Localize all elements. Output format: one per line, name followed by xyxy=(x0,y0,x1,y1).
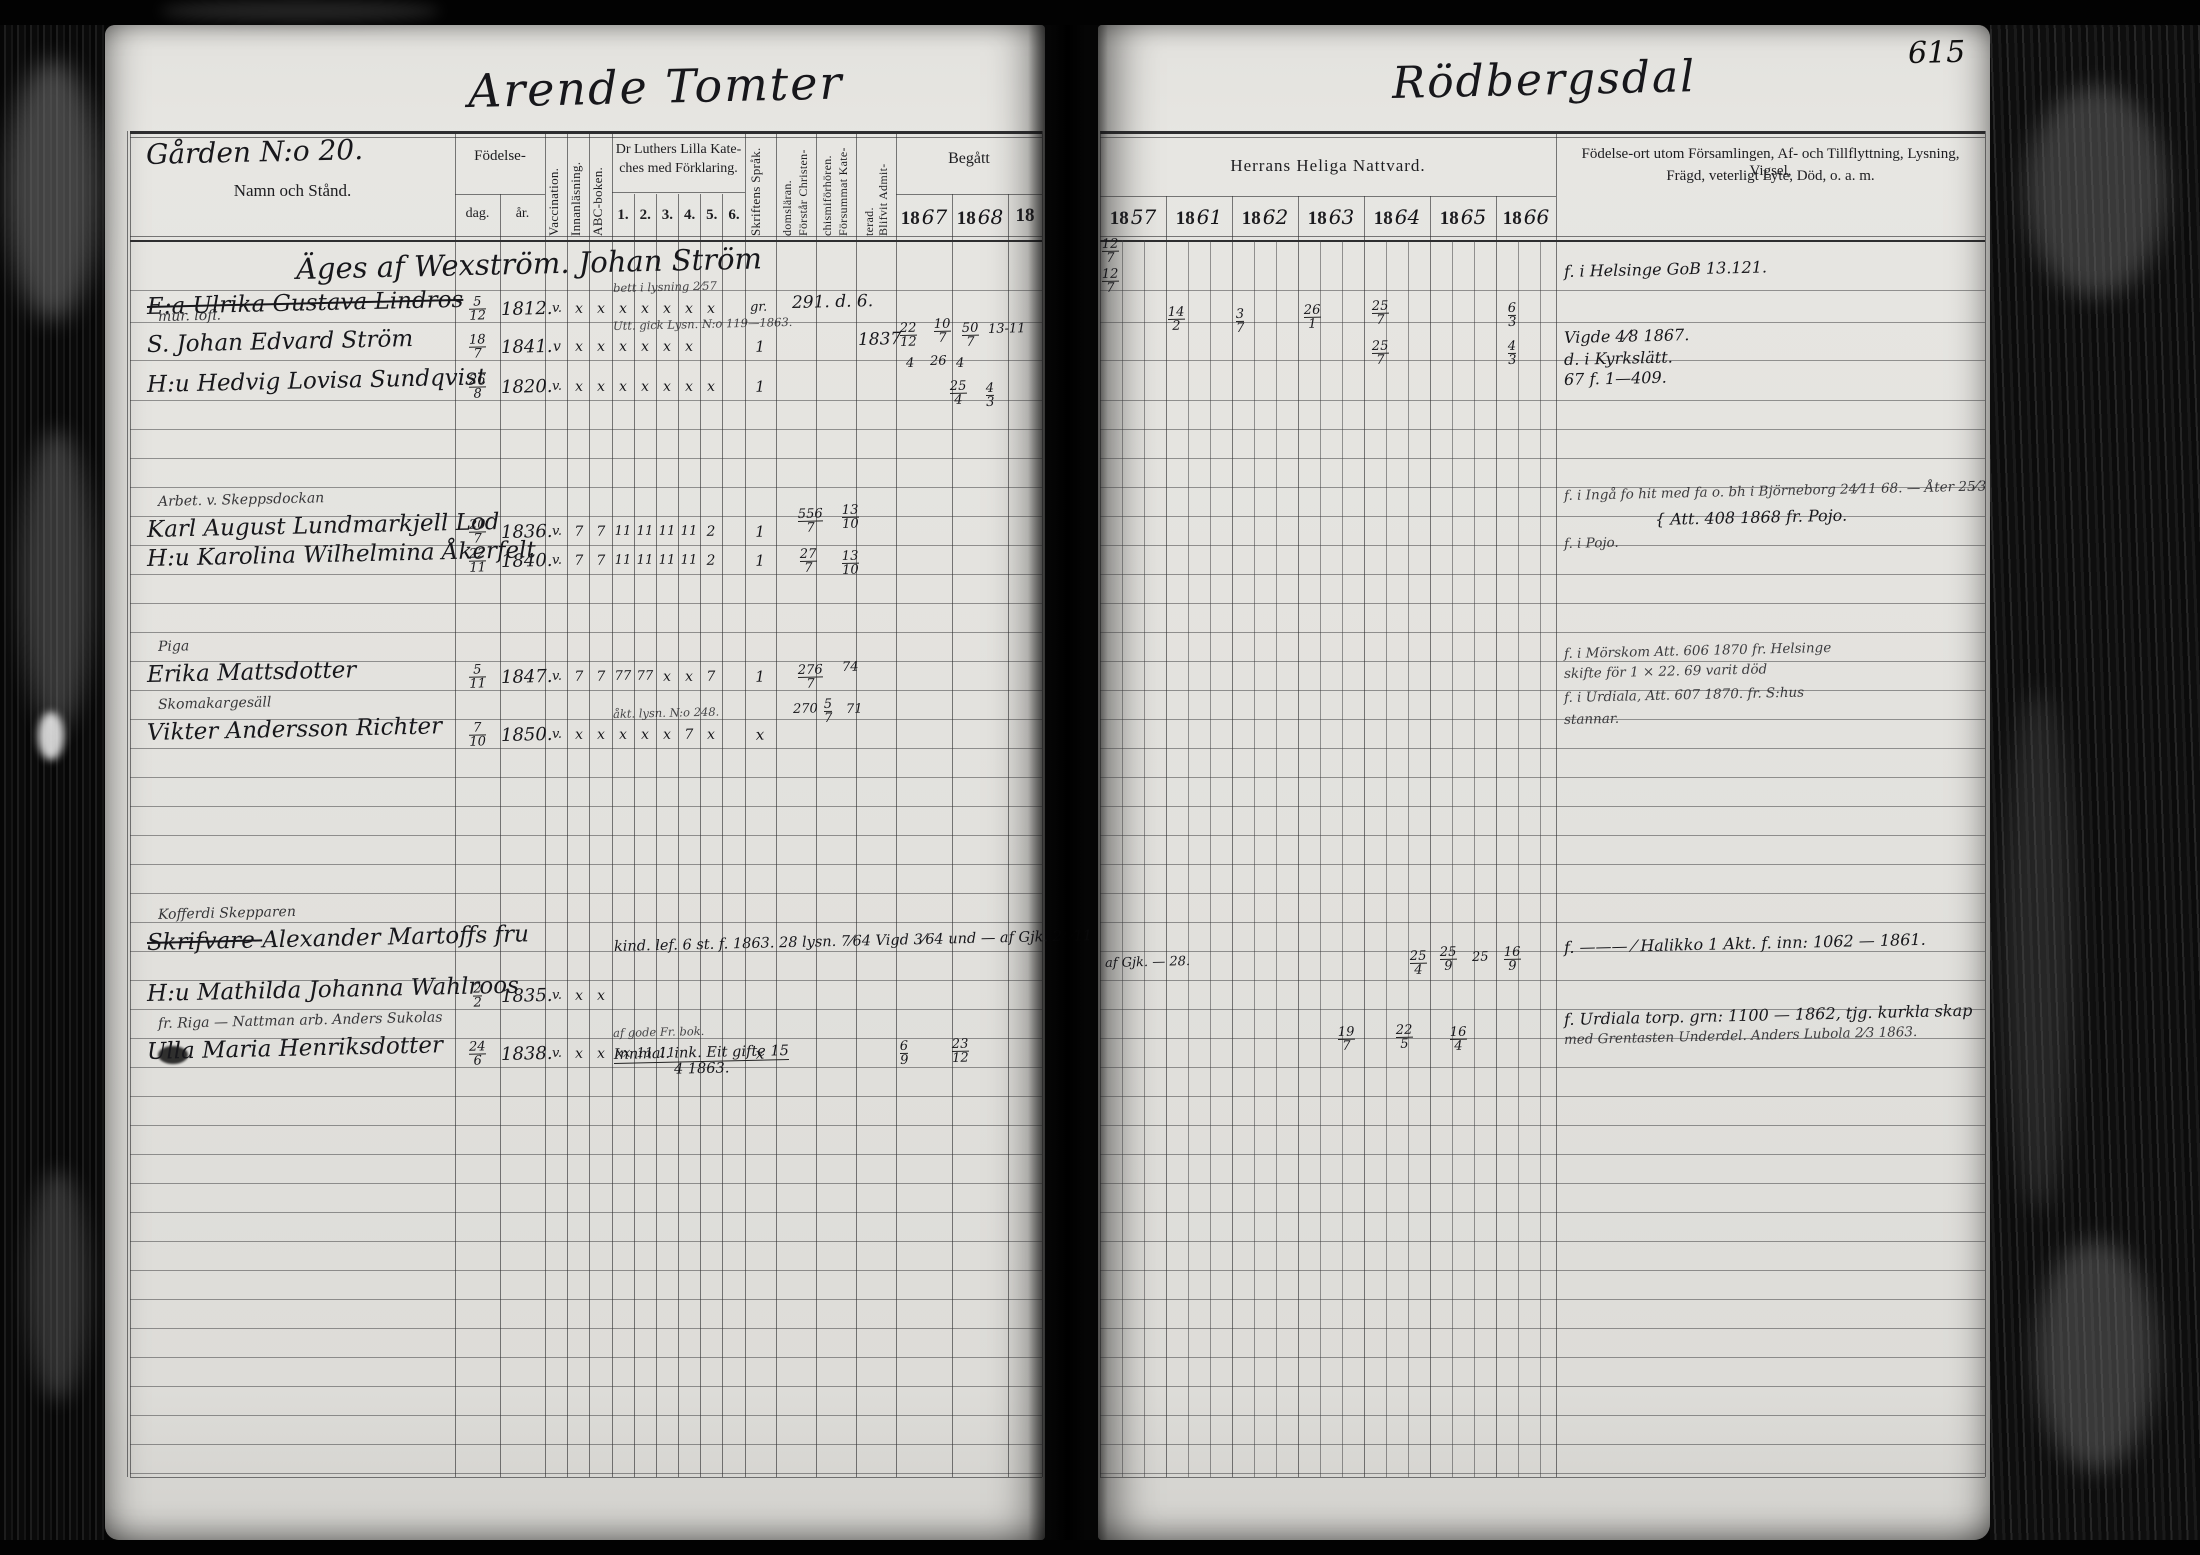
marginal-note: stannar. xyxy=(1564,711,1619,728)
communion-mark: af Gjk. — 28. xyxy=(1105,954,1190,971)
ruled-line xyxy=(130,864,1042,865)
entry-mark: x xyxy=(700,727,722,743)
begatt-year-cell: 18 xyxy=(1008,205,1042,227)
ruled-line xyxy=(1100,131,1985,134)
birth-year-header: år. xyxy=(500,206,545,222)
entry-mark: x xyxy=(590,379,612,395)
birth-column-header: Födelse- xyxy=(455,148,545,165)
innanlasning-column-header: Innanläsning. xyxy=(568,139,588,236)
entry-premark: af gode Fr. bok. xyxy=(613,1024,705,1040)
entry-mark: x xyxy=(700,301,722,317)
column-line xyxy=(1430,196,1431,1477)
left-page-mark: 74 xyxy=(842,660,859,675)
communion-mark: 261 xyxy=(1304,304,1321,331)
entry-mark: x xyxy=(612,339,634,355)
column-line xyxy=(1518,240,1519,1477)
year-printed: 18 xyxy=(1440,208,1459,229)
entry-language-mark: 1 xyxy=(746,522,774,541)
column-line xyxy=(1364,196,1365,1477)
left-page-mark: 5567 xyxy=(798,507,823,535)
column-line xyxy=(1188,240,1189,1477)
entry-mark: 11 xyxy=(612,553,634,568)
ruled-line xyxy=(1100,196,1556,197)
column-line xyxy=(1144,240,1145,1477)
left-page-mark: 277 xyxy=(800,548,817,575)
ruled-line xyxy=(130,603,1042,604)
ruled-line xyxy=(130,806,1042,807)
catechism-number: 2. xyxy=(634,207,656,224)
entry-mark: x xyxy=(612,379,634,395)
entry-mark: 11 xyxy=(678,553,700,568)
communion-mark: 127 xyxy=(1102,238,1119,265)
entry-mark: v xyxy=(546,339,568,355)
column-line xyxy=(1210,240,1211,1477)
catechism-header-line2: ches med Förklaring. xyxy=(612,161,745,177)
entry-mark: x xyxy=(634,727,656,743)
entry-mark: x xyxy=(568,1046,590,1062)
ruled-line xyxy=(130,1270,1042,1271)
communion-year-cell: 1864 xyxy=(1364,205,1430,230)
scan-border-top xyxy=(0,0,2200,25)
left-page-mark: 26 xyxy=(930,354,947,369)
entry-mark: v. xyxy=(546,1046,568,1061)
entry-mark: x xyxy=(656,301,678,317)
entry-mark: x xyxy=(678,669,700,685)
birth-day-header: dag. xyxy=(455,206,500,222)
marginal-note: Vigde 4⁄8 1867. xyxy=(1564,325,1690,347)
forsummat-katechismiforhoren-header-l1: Försummat Kate- xyxy=(836,136,852,236)
column-line xyxy=(1008,194,1009,1477)
ruled-line xyxy=(896,194,1042,195)
entry-mark: 11 xyxy=(656,524,678,539)
ruled-line xyxy=(130,1473,1042,1474)
ruled-line xyxy=(130,922,1042,923)
vaccination-column-header: Vaccination. xyxy=(546,139,566,236)
year-printed: 18 xyxy=(1374,208,1393,229)
ruled-line xyxy=(130,690,1042,691)
communion-mark: 37 xyxy=(1236,308,1245,335)
column-line xyxy=(130,131,131,1477)
left-page-mark: 69 xyxy=(900,1040,909,1067)
communion-year-cell: 1862 xyxy=(1232,205,1298,230)
entry-mark: x xyxy=(568,727,590,743)
entry-language-mark: 1 xyxy=(746,377,774,396)
year-printed: 18 xyxy=(1503,208,1522,229)
left-page-mark: 1310 xyxy=(842,550,859,577)
year-handwritten: 57 xyxy=(1131,205,1156,229)
column-line xyxy=(1232,196,1233,1477)
year-handwritten: 63 xyxy=(1329,205,1354,229)
year-printed: 18 xyxy=(1176,208,1195,229)
blifvit-admitterad-header-l1: Blifvit Admit- xyxy=(876,136,892,236)
ruled-line xyxy=(130,240,1042,242)
entry-mark: 77 xyxy=(634,669,656,684)
communion-header: Herrans Heliga Nattvard. xyxy=(1100,156,1556,176)
entry-mark: x xyxy=(590,727,612,743)
entry-mark: x xyxy=(568,379,590,395)
entry-language-mark: 1 xyxy=(746,667,774,686)
catechism-header-line1: Dr Luthers Lilla Kate- xyxy=(612,142,745,158)
entry-mark: 11 xyxy=(612,524,634,539)
communion-mark: 43 xyxy=(1508,340,1517,367)
communion-year-cell: 1863 xyxy=(1298,205,1364,230)
entry-mark: x xyxy=(590,301,612,317)
entry-annotation: mur. lofl. xyxy=(158,308,221,325)
entry-mark: v. xyxy=(546,379,568,394)
column-line xyxy=(745,131,746,1477)
communion-year-cell: 1866 xyxy=(1496,205,1556,230)
page-number: 615 xyxy=(1908,35,1966,71)
communion-year-cell: 1857 xyxy=(1100,205,1166,230)
year-printed: 18 xyxy=(1016,205,1035,226)
entry-premark: bett i lysning 2⁄57 xyxy=(613,279,717,295)
entry-mark: 7 xyxy=(590,669,612,685)
catechism-number: 5. xyxy=(701,207,723,224)
year-printed: 18 xyxy=(901,208,920,229)
left-page-mark: 291. d. 6. xyxy=(792,291,874,313)
catechism-number: 6. xyxy=(723,207,745,224)
communion-year-cell: 1861 xyxy=(1166,205,1232,230)
farm-label: Gården N:o 20. xyxy=(146,133,364,171)
column-line xyxy=(1042,131,1043,1477)
year-handwritten: 66 xyxy=(1524,205,1549,229)
ruled-line xyxy=(130,236,1042,237)
left-page-title: Arende Tomter xyxy=(467,55,844,118)
left-page-mark: 507 xyxy=(962,322,979,349)
ruled-line xyxy=(130,400,1042,401)
ruled-line xyxy=(130,1009,1042,1010)
entry-language-mark: 1 xyxy=(746,337,774,356)
entry-mark: x xyxy=(656,379,678,395)
entry-mark: 7 xyxy=(678,727,700,743)
ruled-line xyxy=(130,1444,1042,1445)
book-edge-right xyxy=(1990,0,2200,1555)
left-page-mark: 1310 xyxy=(842,504,859,531)
entry-mark: x xyxy=(590,988,612,1004)
entry-mark: v. xyxy=(546,988,568,1003)
communion-mark: 142 xyxy=(1168,306,1185,333)
entry-name: Erika Mattsdotter xyxy=(147,657,357,688)
column-line xyxy=(1452,240,1453,1477)
entry-mark: 11 xyxy=(656,553,678,568)
catechism-number: 3. xyxy=(656,207,678,224)
year-printed: 18 xyxy=(1110,208,1129,229)
forsummat-katechismiforhoren-header-l2: chismiförhören. xyxy=(820,136,836,236)
ruled-line xyxy=(130,1212,1042,1213)
left-page-mark: 2312 xyxy=(952,1038,969,1065)
entry-mark: x xyxy=(590,339,612,355)
ruled-line xyxy=(612,192,745,193)
entry-mark: 7 xyxy=(590,553,612,569)
year-handwritten: 65 xyxy=(1461,205,1486,229)
year-handwritten: 61 xyxy=(1197,205,1222,229)
notes-column-header-line2: Frägd, veterligt Lyte, Död, o. a. m. xyxy=(1560,168,1981,185)
entry-birth-day: 268 xyxy=(456,373,500,401)
communion-mark: 197 xyxy=(1338,1026,1355,1053)
entry-mark: x xyxy=(678,379,700,395)
entry-annotation: Kofferdi Skepparen xyxy=(158,904,296,923)
communion-mark: 254 xyxy=(1410,950,1427,977)
ruled-line xyxy=(130,835,1042,836)
column-line xyxy=(1342,240,1343,1477)
entry-mark: x xyxy=(568,988,590,1004)
entry-mark: v. xyxy=(546,553,568,568)
ruled-line xyxy=(1100,137,1985,138)
column-line xyxy=(1556,131,1557,1477)
entry-birth-day: 187 xyxy=(456,333,500,361)
left-page-mark: 4 xyxy=(906,356,915,371)
communion-year-cell: 1865 xyxy=(1430,205,1496,230)
entry-mark: x xyxy=(568,301,590,317)
ruled-line xyxy=(130,777,1042,778)
column-line xyxy=(1496,196,1497,1477)
entry-mark: 7 xyxy=(590,524,612,540)
left-page-mark: 2212 xyxy=(900,322,917,349)
marginal-note: d. i Kyrkslätt. xyxy=(1564,348,1673,369)
ruled-line xyxy=(130,1299,1042,1300)
forstar-christendomslaran-header-l2: domsläran. xyxy=(780,136,796,236)
entry-birth-day: 511 xyxy=(456,663,500,691)
entry-mark: 7 xyxy=(568,553,590,569)
entry-mark: v. xyxy=(546,727,568,742)
column-line xyxy=(1100,131,1101,1477)
entry-birth-day: 512 xyxy=(456,295,500,323)
year-printed: 18 xyxy=(1242,208,1261,229)
left-page-mark: 57 xyxy=(824,698,833,725)
entry-mark: 7 xyxy=(568,524,590,540)
ruled-line xyxy=(130,458,1042,459)
column-line xyxy=(1540,240,1541,1477)
entry-mark: 11 xyxy=(634,553,656,568)
left-page-mark: 1837 xyxy=(858,329,902,350)
entry-mark: x xyxy=(612,727,634,743)
skriftens-sprak-column-header: Skriftens Språk. xyxy=(748,137,772,236)
column-line xyxy=(1985,131,1986,1477)
book-edge-left xyxy=(0,0,105,1555)
entry-mark: x xyxy=(656,339,678,355)
catechism-number: 4. xyxy=(679,207,701,224)
entry-mark: x xyxy=(634,379,656,395)
year-handwritten: 68 xyxy=(978,205,1003,229)
column-line xyxy=(589,131,590,1477)
name-column-header: Namn och Stånd. xyxy=(130,181,455,201)
communion-mark: 225 xyxy=(1396,1024,1413,1051)
column-line xyxy=(545,131,546,1477)
ruled-line xyxy=(130,1328,1042,1329)
entry-mark: 7 xyxy=(700,669,722,685)
column-line xyxy=(1386,240,1387,1477)
marginal-note: f. i Pojo. xyxy=(1564,535,1619,552)
entry-mark: x xyxy=(634,339,656,355)
communion-mark: 257 xyxy=(1372,340,1389,367)
left-page-mark: 2767 xyxy=(798,663,823,691)
begatt-year-cell: 1868 xyxy=(952,205,1008,230)
entry-mark: x xyxy=(634,301,656,317)
ruled-line xyxy=(130,487,1042,488)
entry-birth-day: 246 xyxy=(456,1040,500,1068)
ruled-line xyxy=(130,632,1042,633)
entry-annotation: Piga xyxy=(158,638,190,655)
year-handwritten: 62 xyxy=(1263,205,1288,229)
catechism-number: 1. xyxy=(612,207,634,224)
ruled-line xyxy=(130,1415,1042,1416)
entry-mark: 7 xyxy=(568,669,590,685)
left-page-mark: 270 xyxy=(793,701,818,717)
entry-birth-day: 2211 xyxy=(456,547,500,575)
entry-mark: v. xyxy=(546,524,568,539)
entry-mark: 11 xyxy=(678,524,700,539)
column-line xyxy=(127,131,128,1477)
left-page-mark: gr. xyxy=(750,300,768,315)
column-line xyxy=(1166,196,1167,1477)
ruled-line xyxy=(130,1357,1042,1358)
begatt-year-cell: 1867 xyxy=(896,205,952,230)
column-line xyxy=(567,131,568,1477)
entry-mark: 2 xyxy=(700,553,722,569)
entry-mark: v. xyxy=(546,301,568,316)
ruled-line xyxy=(130,1154,1042,1155)
ruled-line xyxy=(1100,1477,1985,1478)
column-line xyxy=(816,131,817,1477)
column-line xyxy=(1298,196,1299,1477)
ruled-line xyxy=(130,893,1042,894)
right-page-title: Rödbergsdal xyxy=(1391,51,1696,109)
column-line xyxy=(722,194,723,1477)
entry-mark: x xyxy=(590,1046,612,1062)
entry-premark: åkt. lysn. N:o 248. xyxy=(613,705,720,721)
left-page-mark: 4 xyxy=(956,356,965,371)
ruled-line xyxy=(130,1241,1042,1242)
scan-border-bottom xyxy=(0,1540,2200,1555)
ruled-line xyxy=(130,574,1042,575)
communion-mark: 63 xyxy=(1508,302,1517,329)
year-printed: 18 xyxy=(957,208,976,229)
ruled-line xyxy=(130,1477,1042,1478)
marginal-note: 67 f. 1—409. xyxy=(1564,368,1667,389)
year-printed: 18 xyxy=(1308,208,1327,229)
column-line xyxy=(1276,240,1277,1477)
column-line xyxy=(776,131,777,1477)
communion-mark: 127 xyxy=(1102,268,1119,295)
entry-mark: x xyxy=(656,727,678,743)
entry-mark: x xyxy=(678,339,700,355)
entry-name-struck: Skrifvare xyxy=(147,927,263,956)
communion-mark: 169 xyxy=(1504,946,1521,973)
forstar-christendomslaran-header-l1: Förstår Christen- xyxy=(796,136,812,236)
column-line xyxy=(455,131,456,1477)
year-handwritten: 67 xyxy=(922,205,947,229)
entry-mark: x xyxy=(568,339,590,355)
begatt-header: Begått xyxy=(896,150,1042,168)
communion-mark: 25 xyxy=(1472,950,1489,965)
left-page-mark: 107 xyxy=(934,318,951,345)
entry-mark: x xyxy=(656,669,678,685)
ruled-line xyxy=(130,131,1042,134)
entry-annotation: Skomakargesäll xyxy=(158,694,272,713)
entry-mark: 11 xyxy=(634,524,656,539)
left-page-mark: 43 xyxy=(986,382,995,409)
left-page-mark: 13-11 xyxy=(988,321,1026,337)
ruled-line xyxy=(130,1096,1042,1097)
left-page-mark: 71 xyxy=(846,702,863,717)
column-line xyxy=(1122,240,1123,1477)
blifvit-admitterad-header-l2: terad. xyxy=(862,136,878,236)
book-scan: Arende Tomter Rödbergsdal 615 Gården N:o… xyxy=(0,0,2200,1555)
ruled-line xyxy=(130,429,1042,430)
communion-mark: 259 xyxy=(1440,946,1457,973)
ruled-line xyxy=(130,1183,1042,1184)
column-line xyxy=(1254,240,1255,1477)
abc-boken-column-header: ABC-boken. xyxy=(590,139,610,236)
entry-language-mark: 1 xyxy=(746,551,774,570)
year-handwritten: 64 xyxy=(1395,205,1420,229)
entry-mark: 77 xyxy=(612,669,634,684)
entry-mark: 2 xyxy=(700,524,722,540)
left-page-mark: 254 xyxy=(950,380,967,407)
entry-mark: x xyxy=(612,301,634,317)
ruled-line xyxy=(130,1386,1042,1387)
entry-birth-day: 710 xyxy=(456,721,500,749)
column-line xyxy=(1408,240,1409,1477)
entry-mark: x xyxy=(678,301,700,317)
communion-mark: 257 xyxy=(1372,300,1389,327)
entry-row-note: Innmal. ink. Eit gifte 154 1863. xyxy=(614,1044,790,1078)
entry-birth-day: 22 xyxy=(456,982,500,1010)
ruled-line xyxy=(130,748,1042,749)
column-line xyxy=(1474,240,1475,1477)
column-line xyxy=(1320,240,1321,1477)
communion-mark: 164 xyxy=(1450,1026,1467,1053)
entry-mark: v. xyxy=(546,669,568,684)
entry-language-mark: x xyxy=(746,725,774,744)
ruled-line xyxy=(130,1125,1042,1126)
entry-mark: x xyxy=(700,379,722,395)
